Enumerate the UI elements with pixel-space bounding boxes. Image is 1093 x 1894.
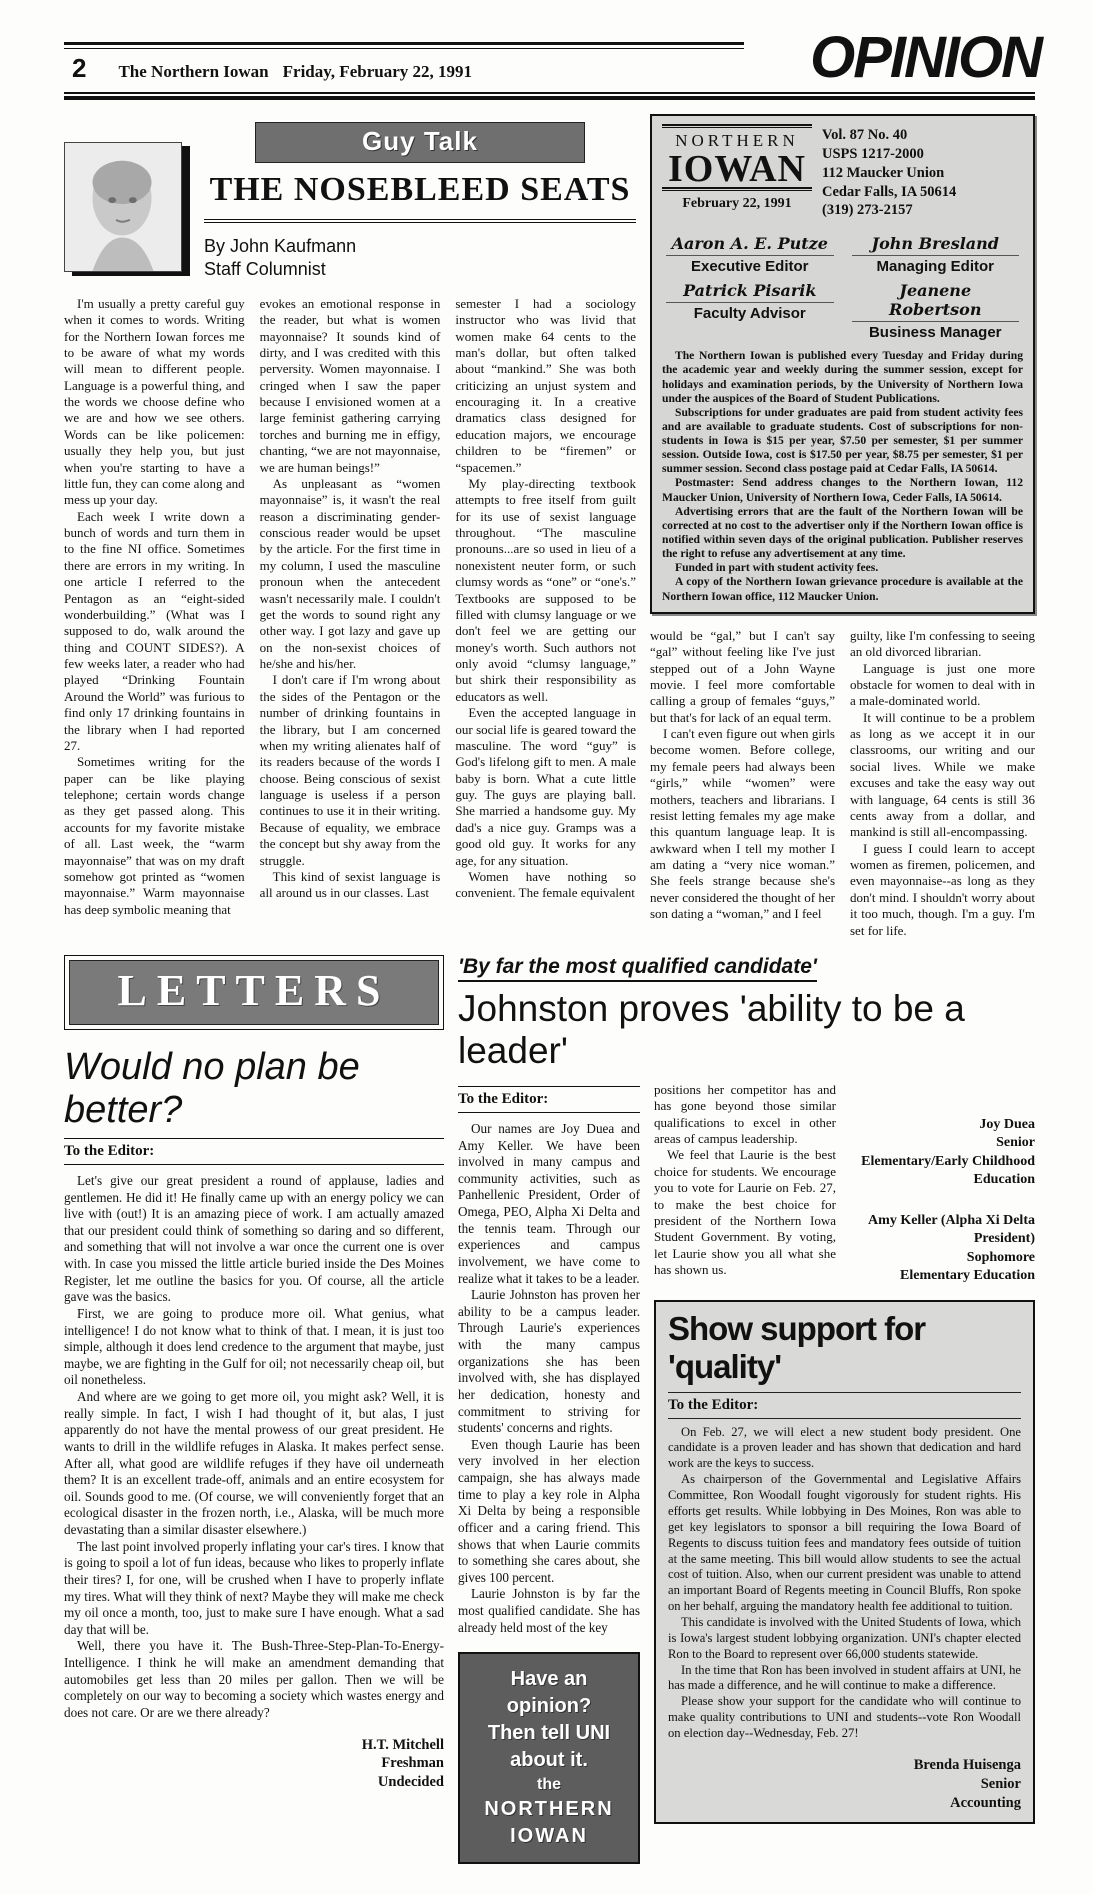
letter1-headline: Would no plan be better? bbox=[64, 1046, 444, 1132]
paragraph: Advertising errors that are the fault of… bbox=[662, 505, 1023, 562]
staff-role: Managing Editor bbox=[852, 258, 1020, 275]
paragraph: President) bbox=[850, 1230, 1035, 1248]
rule bbox=[458, 1112, 640, 1113]
publication-date: Friday, February 22, 1991 bbox=[283, 62, 472, 82]
staff-name: Patrick Pisarik bbox=[666, 281, 834, 303]
guy-talk-banner: Guy Talk bbox=[255, 122, 585, 163]
johnston-signature-keller: Amy Keller (Alpha Xi DeltaPresident)Soph… bbox=[850, 1212, 1035, 1286]
johnston-signature-duea: Joy DueaSeniorElementary/Early Childhood… bbox=[850, 1116, 1035, 1190]
promo-brand-iowan: IOWAN bbox=[466, 1823, 632, 1850]
johnston-right-region: positions her competitor has and has gon… bbox=[654, 1082, 1035, 1864]
columnist-photo bbox=[64, 142, 182, 272]
paragraph: This kind of sexist language is all arou… bbox=[260, 869, 441, 902]
paragraph: USPS 1217-2000 bbox=[822, 145, 1023, 164]
paragraph: 112 Maucker Union bbox=[822, 164, 1023, 183]
staff-name: Aaron A. E. Putze bbox=[666, 234, 834, 256]
paragraph: evokes an emotional response in the read… bbox=[260, 296, 441, 476]
paragraph: And where are we going to get more oil, … bbox=[64, 1389, 444, 1539]
masthead-rule bbox=[662, 124, 812, 128]
paragraph: This candidate is involved with the Unit… bbox=[668, 1615, 1021, 1663]
paragraph: positions her competitor has and has gon… bbox=[654, 1082, 836, 1148]
page-header: 2 The Northern Iowan Friday, February 22… bbox=[64, 42, 1035, 100]
guy-talk-byline: By John Kaufmann Staff Columnist bbox=[204, 235, 636, 282]
johnston-colA: To the Editor: Our names are Joy Duea an… bbox=[458, 1082, 640, 1864]
portrait-image bbox=[65, 143, 181, 271]
newspaper-page: 2 The Northern Iowan Friday, February 22… bbox=[0, 0, 1093, 1894]
guy-talk-col4: would be “gal,” but I can't say “gal” wi… bbox=[650, 628, 835, 939]
paragraph: The Northern Iowan is published every Tu… bbox=[662, 349, 1023, 406]
guy-talk-columns-right: would be “gal,” but I can't say “gal” wi… bbox=[650, 628, 1035, 939]
show-support-body: On Feb. 27, we will elect a new student … bbox=[668, 1425, 1021, 1742]
johnston-inner-columns: positions her competitor has and has gon… bbox=[654, 1082, 1035, 1286]
paragraph: Undecided bbox=[64, 1773, 444, 1792]
letter1-salutation: To the Editor: bbox=[64, 1143, 444, 1160]
byline-title: Staff Columnist bbox=[204, 258, 636, 281]
staff-entry: Jeanene Robertson Business Manager bbox=[852, 281, 1020, 341]
guy-talk-col3: semester I had a sociology instructor wh… bbox=[455, 296, 636, 918]
masthead-body: The Northern Iowan is published every Tu… bbox=[662, 349, 1023, 604]
staff-role: Faculty Advisor bbox=[666, 305, 834, 322]
promo-line: Then tell UNI bbox=[466, 1720, 632, 1747]
guy-talk-article: Guy Talk THE NOSEBLEED SEATS By John Kau… bbox=[64, 114, 636, 939]
columnist-photo-wrap bbox=[64, 114, 192, 282]
header-rule-bottom bbox=[64, 92, 1035, 94]
paragraph: I can't even figure out when girls becom… bbox=[650, 726, 835, 923]
masthead-info: Vol. 87 No. 40USPS 1217-2000112 Maucker … bbox=[822, 124, 1023, 220]
paragraph: semester I had a sociology instructor wh… bbox=[455, 296, 636, 476]
paragraph: Each week I write down a bunch of words … bbox=[64, 509, 245, 755]
paragraph: Even though Laurie has been very involve… bbox=[458, 1437, 640, 1587]
paragraph: Vol. 87 No. 40 bbox=[822, 126, 1023, 145]
paragraph: (319) 273-2157 bbox=[822, 201, 1023, 220]
paragraph: guilty, like I'm confessing to seeing an… bbox=[850, 628, 1035, 661]
johnston-body-col1: Our names are Joy Duea and Amy Keller. W… bbox=[458, 1121, 640, 1636]
johnston-headline: Johnston proves 'ability to be a leader' bbox=[458, 988, 1035, 1072]
paragraph: Laurie Johnston has proven her ability t… bbox=[458, 1287, 640, 1437]
header-rule-bottom2 bbox=[64, 96, 1035, 100]
paragraph: Joy Duea bbox=[850, 1116, 1035, 1134]
staff-entry: Aaron A. E. Putze Executive Editor bbox=[666, 234, 834, 275]
guy-talk-columns: I'm usually a pretty careful guy when it… bbox=[64, 296, 636, 918]
opinion-promo-box: Have an opinion? Then tell UNI about it.… bbox=[458, 1652, 640, 1864]
rule bbox=[64, 1164, 444, 1165]
johnston-columns: To the Editor: Our names are Joy Duea an… bbox=[458, 1082, 1035, 1864]
paragraph: Sophomore bbox=[850, 1249, 1035, 1267]
show-support-headline: Show support for 'quality' bbox=[668, 1310, 1021, 1386]
guy-talk-headline: THE NOSEBLEED SEATS bbox=[204, 171, 636, 209]
guy-talk-col2: evokes an emotional response in the read… bbox=[260, 296, 441, 918]
paragraph: Senior bbox=[850, 1134, 1035, 1152]
paragraph: Even the accepted language in our social… bbox=[455, 705, 636, 869]
staff-entry: Patrick Pisarik Faculty Advisor bbox=[666, 281, 834, 341]
guy-talk-header: Guy Talk THE NOSEBLEED SEATS By John Kau… bbox=[64, 114, 636, 282]
paragraph: Subscriptions for under graduates are pa… bbox=[662, 406, 1023, 477]
guy-talk-section: Guy Talk THE NOSEBLEED SEATS By John Kau… bbox=[64, 114, 1035, 939]
letter-would-no-plan: LETTERS Would no plan be better? To the … bbox=[64, 955, 444, 1864]
paragraph: Postmaster: Send address changes to the … bbox=[662, 476, 1023, 504]
paragraph: In the time that Ron has been involved i… bbox=[668, 1663, 1021, 1695]
paragraph: Elementary Education bbox=[850, 1267, 1035, 1285]
letter1-body: Let's give our great president a round o… bbox=[64, 1173, 444, 1722]
paragraph: As chairperson of the Governmental and L… bbox=[668, 1472, 1021, 1615]
paragraph: Language is just one more obstacle for w… bbox=[850, 661, 1035, 710]
guy-talk-rule bbox=[204, 219, 636, 223]
paragraph: Funded in part with student activity fee… bbox=[662, 561, 1023, 575]
masthead-staff: Aaron A. E. Putze Executive Editor John … bbox=[666, 234, 1019, 341]
paragraph: Laurie Johnston is by far the most quali… bbox=[458, 1586, 640, 1636]
paragraph: Please show your support for the candida… bbox=[668, 1694, 1021, 1742]
johnston-kicker: 'By far the most qualified candidate' bbox=[458, 955, 817, 982]
paragraph: Freshman bbox=[64, 1754, 444, 1773]
page-number: 2 bbox=[72, 53, 86, 84]
letter1-signature: H.T. MitchellFreshmanUndecided bbox=[64, 1736, 444, 1793]
paragraph: I don't care if I'm wrong about the side… bbox=[260, 672, 441, 869]
guy-talk-col5: guilty, like I'm confessing to seeing an… bbox=[850, 628, 1035, 939]
masthead-region: NORTHERN IOWAN February 22, 1991 Vol. 87… bbox=[650, 114, 1035, 939]
paragraph: Accounting bbox=[668, 1794, 1021, 1813]
staff-role: Business Manager bbox=[852, 324, 1020, 341]
johnston-colB: positions her competitor has and has gon… bbox=[654, 1082, 836, 1286]
promo-line-small: the bbox=[466, 1774, 632, 1796]
promo-line: about it. bbox=[466, 1747, 632, 1774]
paragraph: Cedar Falls, IA 50614 bbox=[822, 183, 1023, 202]
paragraph: The last point involved properly inflati… bbox=[64, 1539, 444, 1639]
johnston-salutation: To the Editor: bbox=[458, 1091, 640, 1108]
guy-talk-titles: Guy Talk THE NOSEBLEED SEATS By John Kau… bbox=[204, 114, 636, 282]
johnston-signatures: Joy DueaSeniorElementary/Early Childhood… bbox=[850, 1082, 1035, 1286]
paragraph: We feel that Laurie is the best choice f… bbox=[654, 1147, 836, 1278]
promo-line: Have an opinion? bbox=[466, 1666, 632, 1720]
paragraph: H.T. Mitchell bbox=[64, 1736, 444, 1755]
letters-banner-text: LETTERS bbox=[69, 960, 439, 1025]
rule bbox=[64, 1138, 444, 1139]
staff-name: Jeanene Robertson bbox=[852, 281, 1020, 322]
rule bbox=[668, 1418, 1021, 1419]
staff-entry: John Bresland Managing Editor bbox=[852, 234, 1020, 275]
letters-banner: LETTERS bbox=[64, 955, 444, 1030]
show-support-salutation: To the Editor: bbox=[668, 1397, 1021, 1414]
paragraph: On Feb. 27, we will elect a new student … bbox=[668, 1425, 1021, 1473]
paragraph: Senior bbox=[668, 1775, 1021, 1794]
letter-johnston-region: 'By far the most qualified candidate' Jo… bbox=[458, 955, 1035, 1864]
promo-brand-northern: NORTHERN bbox=[466, 1796, 632, 1823]
masthead-logo: NORTHERN IOWAN February 22, 1991 bbox=[662, 124, 812, 220]
paragraph: I'm usually a pretty careful guy when it… bbox=[64, 296, 245, 509]
byline-author: By John Kaufmann bbox=[204, 235, 636, 258]
paragraph: I guess I could learn to accept women as… bbox=[850, 841, 1035, 939]
guy-talk-col1: I'm usually a pretty careful guy when it… bbox=[64, 296, 245, 918]
paragraph: Amy Keller (Alpha Xi Delta bbox=[850, 1212, 1035, 1230]
paragraph: A copy of the Northern Iowan grievance p… bbox=[662, 575, 1023, 603]
paragraph: Women have nothing so convenient. The fe… bbox=[455, 869, 636, 902]
paragraph: Education bbox=[850, 1171, 1035, 1189]
masthead-name-main: IOWAN bbox=[662, 151, 812, 187]
paragraph: Elementary/Early Childhood bbox=[850, 1153, 1035, 1171]
paragraph: It will continue to be a problem as long… bbox=[850, 710, 1035, 841]
show-support-box: Show support for 'quality' To the Editor… bbox=[654, 1300, 1035, 1825]
show-support-signature: Brenda HuisengaSeniorAccounting bbox=[668, 1756, 1021, 1813]
rule bbox=[668, 1392, 1021, 1393]
paragraph: Sometimes writing for the paper can be l… bbox=[64, 754, 245, 918]
rule bbox=[458, 1086, 640, 1087]
section-title: OPINION bbox=[800, 24, 1041, 91]
paragraph: As unpleasant as “women mayonnaise” is, … bbox=[260, 476, 441, 673]
publication-name: The Northern Iowan bbox=[118, 62, 268, 82]
staff-name: John Bresland bbox=[852, 234, 1020, 256]
header-rule-top bbox=[64, 42, 744, 45]
masthead-box: NORTHERN IOWAN February 22, 1991 Vol. 87… bbox=[650, 114, 1035, 614]
paragraph: Let's give our great president a round o… bbox=[64, 1173, 444, 1306]
letters-section: LETTERS Would no plan be better? To the … bbox=[64, 955, 1035, 1864]
staff-role: Executive Editor bbox=[666, 258, 834, 275]
paragraph: Our names are Joy Duea and Amy Keller. W… bbox=[458, 1121, 640, 1287]
paragraph: would be “gal,” but I can't say “gal” wi… bbox=[650, 628, 835, 726]
masthead-top: NORTHERN IOWAN February 22, 1991 Vol. 87… bbox=[662, 124, 1023, 220]
paragraph: First, we are going to produce more oil.… bbox=[64, 1306, 444, 1389]
paragraph: My play-directing textbook attempts to f… bbox=[455, 476, 636, 705]
paragraph: Brenda Huisenga bbox=[668, 1756, 1021, 1775]
paragraph: Well, there you have it. The Bush-Three-… bbox=[64, 1638, 444, 1721]
masthead-date: February 22, 1991 bbox=[662, 196, 812, 212]
